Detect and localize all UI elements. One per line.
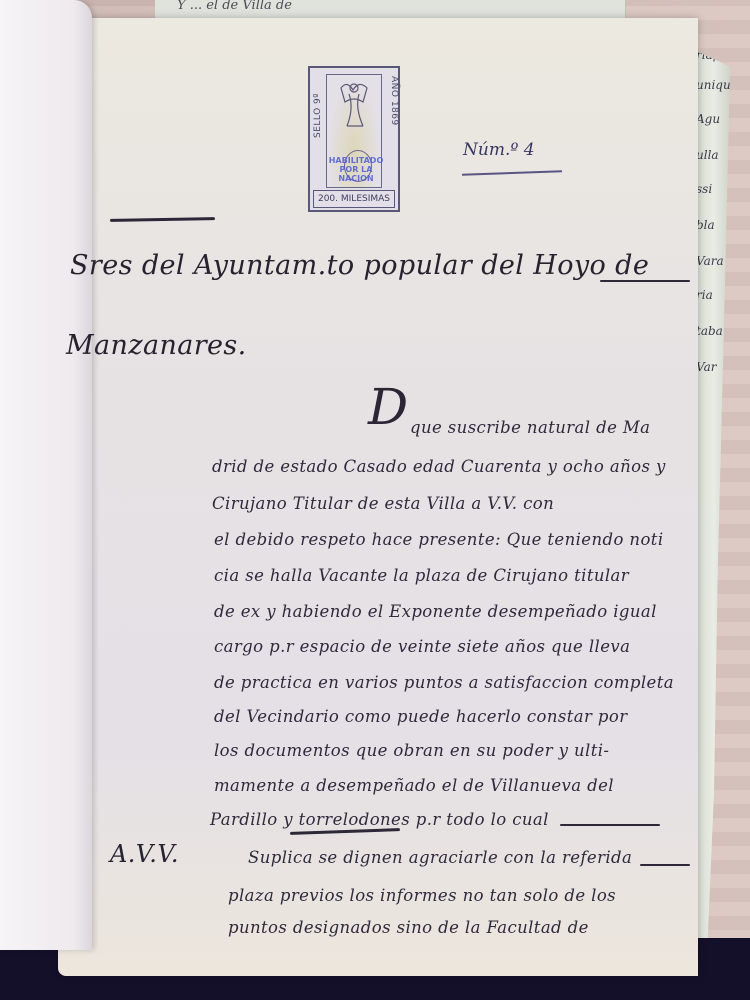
- body-line: de practica en varios puntos a satisfacc…: [214, 673, 674, 692]
- body-line: del Vecindario como puede hacerlo consta…: [214, 707, 628, 726]
- body-line: Cirujano Titular de esta Villa a V.V. co…: [212, 494, 554, 513]
- stack-line: Var: [696, 360, 716, 374]
- stack-line: uniqu: [696, 78, 731, 92]
- body-line: mamente a desempeñado el de Villanueva d…: [214, 776, 614, 795]
- stack-line: Agu: [696, 112, 720, 126]
- body-line: los documentos que obran en su poder y u…: [214, 741, 609, 760]
- stack-line: Vara: [696, 254, 724, 268]
- body-end-line: [560, 824, 660, 826]
- stack-line: ssi: [696, 182, 712, 196]
- closing-line: puntos designados sino de la Facultad de: [228, 918, 589, 937]
- body-line: Pardillo y torrelodones p.r todo lo cual: [210, 810, 549, 829]
- stamp-year-label: AÑO 1869: [389, 76, 399, 126]
- back-page-text: Y ... el de Villa de: [177, 0, 292, 13]
- stack-line: bla: [696, 218, 715, 232]
- body-line: de ex y habiendo el Exponente desempeñad…: [214, 602, 657, 621]
- overprint-line: POR LA: [318, 165, 394, 174]
- fiscal-stamp: HABILITADO POR LA NACION SELLO 9º AÑO 18…: [308, 66, 400, 212]
- left-open-page: [0, 0, 92, 950]
- closing-salutation: A.V.V.: [110, 840, 179, 868]
- stamp-sello-label: SELLO 9º: [313, 93, 323, 138]
- initial-capital: D: [368, 378, 408, 436]
- stack-line: ria: [696, 288, 713, 302]
- body-line: el debido respeto hace presente: Que ten…: [214, 530, 664, 549]
- heading-line-1: Sres del Ayuntam.to popular del Hoyo de: [70, 250, 649, 281]
- closing-line: plaza previos los informes no tan solo d…: [228, 886, 616, 905]
- stamp-value-label: 200. MILESIMAS: [313, 190, 395, 208]
- folio-number: Núm.º 4: [463, 140, 535, 160]
- heading-line-2: Manzanares.: [66, 330, 247, 361]
- closing-tail: [640, 864, 690, 866]
- stack-line: ulla: [696, 148, 719, 162]
- body-line: cia se halla Vacante la plaza de Cirujan…: [214, 566, 629, 585]
- stack-line: taba: [696, 324, 723, 338]
- overprint-line: HABILITADO: [318, 156, 394, 165]
- body-line: que suscribe natural de Ma: [410, 418, 650, 437]
- body-line: drid de estado Casado edad Cuarenta y oc…: [212, 457, 666, 476]
- closing-line: Suplica se dignen agraciarle con la refe…: [248, 848, 632, 867]
- stamp-overprint: HABILITADO POR LA NACION: [318, 156, 394, 183]
- angel-figure-icon: [337, 78, 371, 130]
- overprint-line: NACION: [318, 174, 394, 183]
- body-line: cargo p.r espacio de veinte siete años q…: [214, 637, 630, 656]
- heading-tail-flourish: [600, 280, 690, 282]
